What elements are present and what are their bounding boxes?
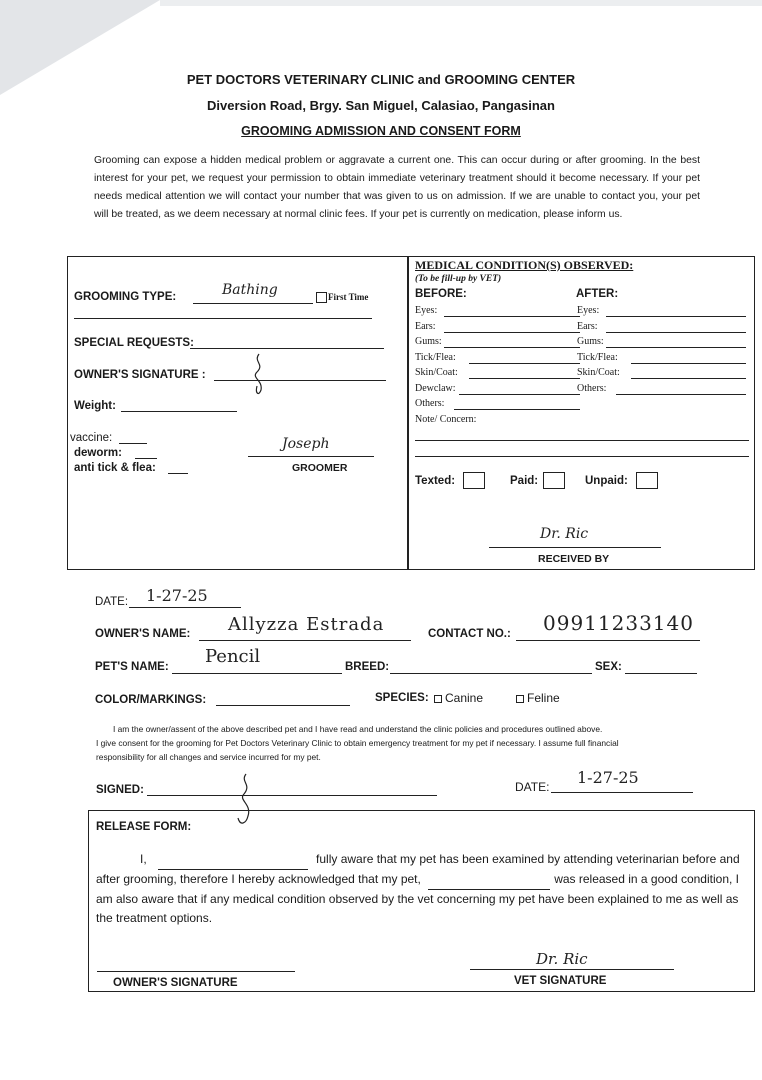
after-field-input[interactable] (631, 363, 746, 364)
owner-name-line (199, 640, 411, 641)
contact-field[interactable]: 09911233140 (543, 611, 694, 635)
sex-field[interactable] (625, 673, 697, 674)
after-field-input[interactable] (606, 347, 746, 348)
page-edge (160, 0, 762, 6)
after-field-label: Gums: (577, 336, 604, 347)
clinic-address: Diversion Road, Brgy. San Miguel, Calasi… (0, 98, 762, 113)
release-pet-name-field[interactable] (428, 870, 550, 890)
paid-label: Paid: (510, 475, 538, 487)
after-field-label: Skin/Coat: (577, 367, 620, 378)
after-field-label: Ears: (577, 321, 598, 332)
feline-label: Feline (527, 691, 560, 705)
grooming-extra-line (74, 318, 372, 319)
grooming-type-field[interactable]: Bathing (222, 282, 278, 298)
after-field-input[interactable] (616, 394, 746, 395)
texted-label: Texted: (415, 475, 455, 487)
weight-label: Weight: (74, 400, 116, 412)
note-label: Note/ Concern: (415, 414, 476, 425)
grooming-type-line (193, 303, 313, 304)
date-label: DATE: (95, 596, 128, 608)
before-field-label: Gums: (415, 336, 442, 347)
note-line-2[interactable] (415, 456, 749, 457)
after-label: AFTER: (576, 288, 618, 300)
after-field-label: Others: (577, 383, 606, 394)
owner-name-field[interactable]: Allyzza Estrada (228, 614, 384, 635)
species-label: SPECIES: (375, 692, 429, 704)
medical-subtitle: (To be fill-up by VET) (415, 274, 501, 284)
before-field-input[interactable] (469, 378, 580, 379)
after-field-input[interactable] (631, 378, 746, 379)
special-requests-field[interactable] (190, 348, 384, 349)
before-field-label: Ears: (415, 321, 436, 332)
after-field-label: Eyes: (577, 305, 599, 316)
special-requests-label: SPECIAL REQUESTS: (74, 337, 194, 349)
color-label: COLOR/MARKINGS: (95, 694, 206, 706)
feline-checkbox[interactable] (516, 695, 524, 703)
before-field-input[interactable] (469, 363, 580, 364)
color-field[interactable] (216, 705, 350, 706)
consent-date-label: DATE: (515, 780, 549, 794)
form-title: GROOMING ADMISSION AND CONSENT FORM (0, 124, 762, 138)
owner-signature-scribble (245, 350, 275, 400)
contact-line (516, 640, 700, 641)
texted-checkbox[interactable] (463, 472, 485, 489)
grooming-medical-box (67, 256, 755, 570)
before-label: BEFORE: (415, 288, 467, 300)
breed-label: BREED: (345, 661, 389, 673)
after-field-input[interactable] (606, 332, 746, 333)
release-text: I, fully aware that my pet has been exam… (96, 850, 750, 928)
box-divider (407, 256, 409, 570)
antitick-label: anti tick & flea: (74, 462, 156, 474)
groomer-field[interactable]: Joseph (282, 436, 330, 452)
release-title: RELEASE FORM: (96, 821, 191, 833)
unpaid-checkbox[interactable] (636, 472, 658, 489)
release-owner-name-field[interactable] (158, 850, 308, 870)
consent-date-line (551, 792, 693, 793)
medical-title: MEDICAL CONDITION(S) OBSERVED: (415, 258, 633, 273)
received-by-label: RECEIVED BY (538, 553, 609, 565)
vet-signature-field[interactable]: Dr. Ric (536, 950, 588, 968)
canine-checkbox[interactable] (434, 695, 442, 703)
consent-date-field[interactable]: 1-27-25 (577, 768, 639, 787)
groomer-label: GROOMER (292, 462, 347, 474)
release-i: I, (96, 852, 147, 866)
signed-field[interactable] (147, 795, 437, 796)
before-field-input[interactable] (454, 409, 580, 410)
groomer-line (248, 456, 374, 457)
intro-paragraph: Grooming can expose a hidden medical pro… (94, 152, 700, 224)
received-by-field[interactable]: Dr. Ric (540, 526, 588, 542)
before-field-label: Eyes: (415, 305, 437, 316)
before-field-input[interactable] (444, 347, 580, 348)
pet-name-field[interactable]: Pencil (205, 646, 260, 667)
release-owner-signature-label: OWNER'S SIGNATURE (113, 977, 238, 989)
form-page: PET DOCTORS VETERINARY CLINIC and GROOMI… (0, 0, 762, 1080)
clinic-name: PET DOCTORS VETERINARY CLINIC and GROOMI… (0, 72, 762, 87)
date-field[interactable]: 1-27-25 (146, 586, 208, 605)
vaccine-label: vaccine: (70, 432, 112, 444)
date-line (129, 607, 241, 608)
after-field-label: Tick/Flea: (577, 352, 618, 363)
first-time-checkbox[interactable] (316, 292, 327, 303)
before-field-label: Dewclaw: (415, 383, 456, 394)
received-by-line (489, 547, 661, 548)
contact-label: CONTACT NO.: (428, 628, 511, 640)
grooming-type-label: GROOMING TYPE: (74, 291, 176, 303)
after-field-input[interactable] (606, 316, 746, 317)
antitick-field[interactable] (168, 473, 188, 474)
owner-signature-field[interactable] (214, 380, 386, 381)
before-field-label: Skin/Coat: (415, 367, 458, 378)
before-field-input[interactable] (444, 332, 580, 333)
owner-name-label: OWNER'S NAME: (95, 628, 190, 640)
before-field-label: Tick/Flea: (415, 352, 456, 363)
breed-field[interactable] (390, 673, 592, 674)
before-field-input[interactable] (459, 394, 580, 395)
canine-label: Canine (445, 691, 483, 705)
consent-line-2: I give consent for the grooming for Pet … (96, 736, 619, 750)
owner-signature-line[interactable] (97, 971, 295, 972)
deworm-field[interactable] (135, 458, 157, 459)
weight-field[interactable] (121, 411, 237, 412)
pet-name-line (172, 673, 342, 674)
vet-signature-label: VET SIGNATURE (514, 975, 606, 987)
pet-name-label: PET'S NAME: (95, 661, 169, 673)
signed-label: SIGNED: (96, 784, 144, 796)
note-line-1[interactable] (415, 440, 749, 441)
sex-label: SEX: (595, 661, 622, 673)
owner-signature-label: OWNER'S SIGNATURE : (74, 369, 206, 381)
before-field-input[interactable] (444, 316, 580, 317)
paid-checkbox[interactable] (543, 472, 565, 489)
vaccine-field[interactable] (119, 443, 147, 444)
before-field-label: Others: (415, 398, 444, 409)
first-time-label: First Time (328, 292, 368, 302)
consent-line-1: I am the owner/assent of the above descr… (113, 722, 602, 736)
unpaid-label: Unpaid: (585, 475, 628, 487)
consent-line-3: responsibility for all changes and servi… (96, 750, 321, 764)
deworm-label: deworm: (74, 447, 122, 459)
vet-signature-line (470, 969, 674, 970)
